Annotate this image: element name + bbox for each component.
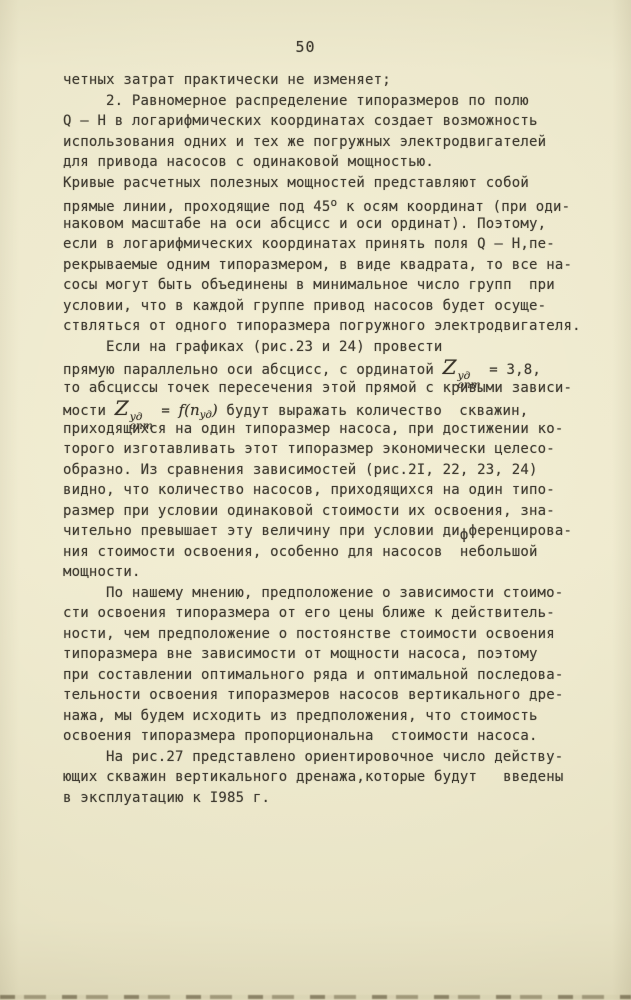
- text-segment: рекрываемые одним типоразмером, в виде к…: [63, 257, 572, 273]
- text-segment: размер при условии одинаковой стоимости …: [63, 503, 555, 519]
- text-segment: ющих скважин вертикального дренажа,котор…: [63, 769, 563, 785]
- text-line: ствляться от одного типоразмера погружно…: [63, 316, 603, 337]
- text-line: Если на графиках (рис.23 и 24) провести: [63, 337, 603, 358]
- text-line: тельности освоения типоразмеров насосов …: [63, 685, 603, 706]
- text-segment: На рис.27 представлено ориентировочное ч…: [106, 749, 563, 765]
- text-segment: наковом масштабе на оси абсцисс и оси ор…: [63, 216, 546, 232]
- text-segment: нажа, мы будем исходить из предположения…: [63, 708, 538, 724]
- text-segment: то абсциссы точек пересечения этой прямо…: [63, 380, 572, 396]
- handwritten-formula-z-opt: Zудопт: [443, 362, 481, 378]
- text-segment: если в логарифмических координатах приня…: [63, 236, 555, 252]
- text-segment: По нашему мнению, предположение о зависи…: [106, 585, 563, 601]
- text-segment: использования одних и тех же погружных э…: [63, 134, 546, 150]
- func-arg: n: [190, 401, 200, 419]
- text-line: наковом масштабе на оси абсцисс и оси ор…: [63, 214, 603, 235]
- text-segment: тельности освоения типоразмеров насосов …: [63, 687, 563, 703]
- text-line: Q – Н в логарифмических координатах созд…: [63, 111, 603, 132]
- text-segment: Кривые расчетных полезных мощностей пред…: [63, 175, 529, 191]
- text-segment: будут выражать количество скважин,: [218, 403, 529, 419]
- text-line: четных затрат практически не изменяет;: [63, 70, 603, 91]
- text-segment: образно. Из сравнения зависимостей (рис.…: [63, 462, 538, 478]
- text-segment: типоразмера вне зависимости от мощности …: [63, 646, 538, 662]
- text-line: если в логарифмических координатах приня…: [63, 234, 603, 255]
- text-segment: ности, чем предположение о постоянстве с…: [63, 626, 555, 642]
- text-line: 2. Равномерное распределение типоразмеро…: [63, 91, 603, 112]
- text-line: прямую параллельно оси абсцисс, с ордина…: [63, 357, 603, 378]
- text-segment: прямую параллельно оси абсцисс, с ордина…: [63, 362, 443, 378]
- scan-edge-shadow: [0, 995, 631, 999]
- text-segment: = 3,8,: [481, 362, 541, 378]
- text-segment: условии, что в каждой группе привод насо…: [63, 298, 546, 314]
- text-segment: торого изготавливать этот типоразмер эко…: [63, 441, 555, 457]
- text-line: мощности.: [63, 562, 603, 583]
- text-line: видно, что количество насосов, приходящи…: [63, 480, 603, 501]
- text-segment: освоения типоразмера пропорциональна сто…: [63, 728, 538, 744]
- handwritten-formula-z-opt: Zудопт: [115, 403, 153, 419]
- text-line: сти освоения типоразмера от его цены бли…: [63, 603, 603, 624]
- text-line: использования одних и тех же погружных э…: [63, 132, 603, 153]
- text-segment: прямые линии, проходящие под 45: [63, 199, 331, 215]
- text-line: мости Zудопт = f(nуд) будут выражать кол…: [63, 398, 603, 419]
- text-segment: ференцирова-: [469, 523, 573, 539]
- text-line: в эксплуатацию к I985 г.: [63, 788, 603, 809]
- text-line: размер при условии одинаковой стоимости …: [63, 501, 603, 522]
- text-segment: в эксплуатацию к I985 г.: [63, 790, 270, 806]
- func-name: f(: [179, 401, 190, 419]
- scanned-page: 50 четных затрат практически не изменяет…: [0, 0, 631, 1000]
- text-segment: для привода насосов с одинаковой мощност…: [63, 154, 434, 170]
- text-segment: видно, что количество насосов, приходящи…: [63, 482, 555, 498]
- text-line: ния стоимости освоения, особенно для нас…: [63, 542, 603, 563]
- text-segment: Если на графиках (рис.23 и 24) провести: [106, 339, 443, 355]
- text-line: то абсциссы точек пересечения этой прямо…: [63, 378, 603, 399]
- text-line: освоения типоразмера пропорциональна сто…: [63, 726, 603, 747]
- text-line: На рис.27 представлено ориентировочное ч…: [63, 747, 603, 768]
- text-line: нажа, мы будем исходить из предположения…: [63, 706, 603, 727]
- text-line: условии, что в каждой группе привод насо…: [63, 296, 603, 317]
- formula-base: Z: [115, 396, 129, 420]
- text-line: чительно превышает эту величину при усло…: [63, 521, 603, 542]
- text-segment: 2. Равномерное распределение типоразмеро…: [106, 93, 529, 109]
- text-line: для привода насосов с одинаковой мощност…: [63, 152, 603, 173]
- text-segment: Q – Н в логарифмических координатах созд…: [63, 113, 538, 129]
- text-line: прямые линии, проходящие под 45о к осям …: [63, 193, 603, 214]
- text-segment: мощности.: [63, 564, 141, 580]
- text-line: приходящихся на один типоразмер насоса, …: [63, 419, 603, 440]
- handwritten-formula-f-n: f(nуд): [179, 401, 218, 419]
- text-segment: четных затрат практически не изменяет;: [63, 72, 391, 88]
- text-line: при составлении оптимального ряда и опти…: [63, 665, 603, 686]
- text-segment: мости: [63, 403, 115, 419]
- text-segment: =: [153, 403, 179, 419]
- text-segment: при составлении оптимального ряда и опти…: [63, 667, 563, 683]
- text-segment: ния стоимости освоения, особенно для нас…: [63, 544, 538, 560]
- text-segment: ствляться от одного типоразмера погружно…: [63, 318, 581, 334]
- text-line: типоразмера вне зависимости от мощности …: [63, 644, 603, 665]
- text-segment: сосы могут быть объединены в минимальное…: [63, 277, 555, 293]
- text-segment: сти освоения типоразмера от его цены бли…: [63, 605, 555, 621]
- text-line: торого изготавливать этот типоразмер эко…: [63, 439, 603, 460]
- text-segment: к осям координат (при оди-: [337, 199, 570, 215]
- text-line: ющих скважин вертикального дренажа,котор…: [63, 767, 603, 788]
- text-line: ности, чем предположение о постоянстве с…: [63, 624, 603, 645]
- page-number: 50: [0, 38, 621, 56]
- text-segment: приходящихся на один типоразмер насоса, …: [63, 421, 563, 437]
- text-segment: чительно превышает эту величину при усло…: [63, 523, 460, 539]
- formula-base: Z: [443, 355, 457, 379]
- text-line: сосы могут быть объединены в минимальное…: [63, 275, 603, 296]
- text-line: рекрываемые одним типоразмером, в виде к…: [63, 255, 603, 276]
- text-line: образно. Из сравнения зависимостей (рис.…: [63, 460, 603, 481]
- text-line: По нашему мнению, предположение о зависи…: [63, 583, 603, 604]
- text-line: Кривые расчетных полезных мощностей пред…: [63, 173, 603, 194]
- page-text: четных затрат практически не изменяет;2.…: [63, 70, 603, 808]
